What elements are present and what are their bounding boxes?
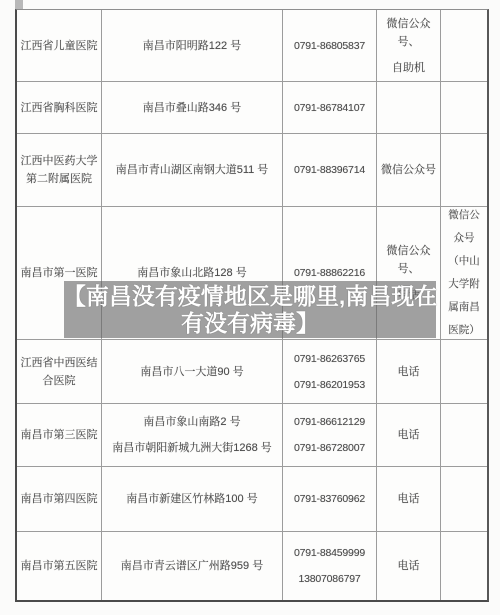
note-cell <box>440 134 487 206</box>
address-cell-line: 南昌市青山湖区南钢大道511 号 <box>116 157 269 183</box>
table-row: 南昌市第三医院南昌市象山南路2 号南昌市朝阳新城九洲大街1268 号0791-8… <box>17 403 487 466</box>
hospital-name-cell-text: 南昌市第三医院 <box>21 426 98 444</box>
hospital-name-cell-text: 南昌市第四医院 <box>21 490 98 508</box>
hospital-name-cell-text: 江西省中西医结合医院 <box>20 354 98 390</box>
address-cell: 南昌市青山湖区南钢大道511 号 <box>101 134 282 206</box>
address-cell: 南昌市新建区竹林路100 号 <box>101 467 282 531</box>
hospital-name-cell-text: 南昌市第一医院 <box>21 264 98 282</box>
hospital-name-cell-text: 江西省儿童医院 <box>21 37 98 55</box>
address-cell-line: 南昌市阳明路122 号 <box>143 33 241 59</box>
phone-cell-line: 0791-88459999 <box>294 540 365 566</box>
note-cell <box>440 10 487 81</box>
booking-method-cell: 电话 <box>376 532 440 600</box>
hospital-name-cell: 江西省胸科医院 <box>17 82 101 133</box>
page: { "page": { "background": "#fbfbfa" }, "… <box>0 0 500 615</box>
hospital-name-cell: 南昌市第五医院 <box>17 532 101 600</box>
phone-cell: 0791-862637650791-86201953 <box>282 340 376 403</box>
phone-cell: 0791-88396714 <box>282 134 376 206</box>
address-cell-line: 南昌市朝阳新城九洲大街1268 号 <box>112 435 272 461</box>
booking-method-cell-line: 微信公众号、 <box>380 238 437 282</box>
address-cell-line: 南昌市青云谱区广州路959 号 <box>121 553 263 579</box>
booking-method-cell-line: 电话 <box>398 422 420 448</box>
address-cell-line: 南昌市象山南路2 号 <box>143 409 240 435</box>
booking-method-cell-line: 微信公众号、 <box>380 11 437 55</box>
hospital-name-cell-text: 南昌市第五医院 <box>21 557 98 575</box>
caption-line-2: 有没有病毒】 <box>181 310 319 337</box>
table-row: 江西省儿童医院南昌市阳明路122 号0791-86805837微信公众号、自助机 <box>17 10 487 81</box>
phone-cell: 0791-866121290791-86728007 <box>282 404 376 466</box>
booking-method-cell-line: 电话 <box>398 486 420 512</box>
booking-method-cell-line: 电话 <box>398 359 420 385</box>
caption-line-1: 【南昌没有疫情地区是哪里,南昌现在 <box>63 283 437 310</box>
hospital-name-cell: 南昌市第三医院 <box>17 404 101 466</box>
phone-cell-line: 0791-86263765 <box>294 346 365 372</box>
booking-method-cell <box>376 82 440 133</box>
phone-cell-line: 13807086797 <box>298 566 360 592</box>
phone-cell: 0791-86805837 <box>282 10 376 81</box>
address-cell: 南昌市阳明路122 号 <box>101 10 282 81</box>
address-cell: 南昌市青云谱区广州路959 号 <box>101 532 282 600</box>
booking-method-cell-line: 微信公众号 <box>381 157 436 183</box>
note-cell <box>440 82 487 133</box>
booking-method-cell-line: 电话 <box>398 553 420 579</box>
hospital-name-cell-text: 江西中医药大学第二附属医院 <box>20 152 98 188</box>
hospital-name-cell: 南昌市第四医院 <box>17 467 101 531</box>
booking-method-cell: 微信公众号、自助机 <box>376 10 440 81</box>
table-row: 江西省中西医结合医院南昌市八一大道90 号0791-862637650791-8… <box>17 339 487 403</box>
booking-method-cell-line: 自助机 <box>392 55 425 81</box>
table-row: 南昌市第五医院南昌市青云谱区广州路959 号0791-8845999913807… <box>17 531 487 600</box>
table-row: 江西中医药大学第二附属医院南昌市青山湖区南钢大道511 号0791-883967… <box>17 133 487 206</box>
note-cell <box>440 467 487 531</box>
phone-cell-line: 0791-88396714 <box>294 157 365 183</box>
address-cell-line: 南昌市新建区竹林路100 号 <box>126 486 257 512</box>
phone-cell: 0791-83760962 <box>282 467 376 531</box>
phone-cell-line: 0791-86201953 <box>294 372 365 398</box>
note-cell-text: 微信公众号（中山大学附属南昌医院） <box>446 204 482 342</box>
note-cell <box>440 404 487 466</box>
address-cell-line: 南昌市叠山路346 号 <box>143 95 241 121</box>
phone-cell-line: 0791-83760962 <box>294 486 365 512</box>
note-cell <box>440 532 487 600</box>
phone-cell: 0791-8845999913807086797 <box>282 532 376 600</box>
booking-method-cell: 微信公众号 <box>376 134 440 206</box>
booking-method-cell: 电话 <box>376 340 440 403</box>
address-cell-line: 南昌市八一大道90 号 <box>140 359 243 385</box>
hospital-name-cell: 江西中医药大学第二附属医院 <box>17 134 101 206</box>
phone-cell-line: 0791-86728007 <box>294 435 365 461</box>
phone-cell-line: 0791-86784107 <box>294 95 365 121</box>
booking-method-cell: 电话 <box>376 467 440 531</box>
address-cell: 南昌市八一大道90 号 <box>101 340 282 403</box>
address-cell: 南昌市象山南路2 号南昌市朝阳新城九洲大街1268 号 <box>101 404 282 466</box>
phone-cell-line: 0791-86805837 <box>294 33 365 59</box>
booking-method-cell: 电话 <box>376 404 440 466</box>
table-row: 江西省胸科医院南昌市叠山路346 号0791-86784107 <box>17 81 487 133</box>
phone-cell: 0791-86784107 <box>282 82 376 133</box>
hospital-name-cell: 江西省儿童医院 <box>17 10 101 81</box>
hospital-name-cell: 江西省中西医结合医院 <box>17 340 101 403</box>
note-cell: 微信公众号（中山大学附属南昌医院） <box>440 207 487 339</box>
note-cell <box>440 340 487 403</box>
phone-cell-line: 0791-86612129 <box>294 409 365 435</box>
caption-overlay: 【南昌没有疫情地区是哪里,南昌现在 有没有病毒】 <box>64 281 436 338</box>
address-cell: 南昌市叠山路346 号 <box>101 82 282 133</box>
hospital-name-cell-text: 江西省胸科医院 <box>21 99 98 117</box>
table-row: 南昌市第四医院南昌市新建区竹林路100 号0791-83760962电话 <box>17 466 487 531</box>
